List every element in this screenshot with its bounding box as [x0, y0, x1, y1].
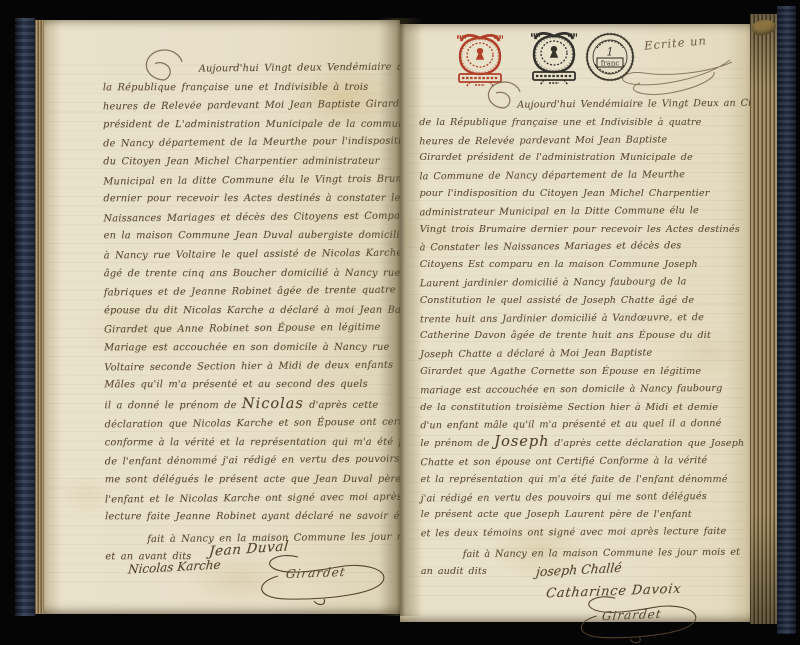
manuscript-line: l'enfant et le Nicolas Karche ont signé …: [105, 488, 401, 509]
line-text: d'après cette: [304, 399, 379, 410]
officer-signature: Girardet: [560, 586, 710, 645]
page-edge-stack-left: [35, 20, 44, 614]
flourish-paraph: [314, 599, 325, 605]
manuscript-line: Girardet que Agathe Cornette son Épouse …: [420, 363, 742, 381]
line-text: le prénom de: [420, 438, 494, 449]
manuscript-line: me sont délégués le présent acte que Jea…: [105, 471, 401, 490]
page-edge-stack-right: [750, 14, 777, 624]
manuscript-lines: Aujourd'hui Vingt deux Vendémiaire an Ci…: [103, 59, 401, 395]
manuscript-line: Aujourd'hui Vendémiaire le Vingt Deux an…: [419, 95, 741, 115]
officer-name: Girardet: [601, 607, 663, 623]
manuscript-line: Citoyens Est comparu en la maison Commun…: [420, 256, 742, 274]
manuscript-line: Girardet président de l'administration M…: [419, 149, 741, 167]
manuscript-line: Naissances Mariages et décès des Citoyen…: [103, 207, 399, 228]
flourish-stroke: [623, 60, 732, 85]
line-text: il a donné le prénom de: [104, 400, 241, 411]
manuscript-line: âgé de trente cinq ans Boucher domicilié…: [104, 264, 400, 283]
manuscript-line: fabriques et de Jeanne Robinet âgée de t…: [104, 282, 400, 303]
manuscript-line: Constitution le quel assisté de Joseph C…: [420, 292, 742, 310]
manuscript-line: Aujourd'hui Vingt deux Vendémiaire an Ci…: [103, 59, 399, 80]
manuscript-line: Mariage est accouchée en son domicile à …: [104, 339, 400, 358]
left-page: Aujourd'hui Vingt deux Vendémiaire an Ci…: [44, 20, 400, 614]
manuscript-line: de l'enfant dénommé j'ai rédigé en vertu…: [105, 451, 401, 472]
officer-name: Girardet: [285, 565, 347, 581]
book-spine: [15, 18, 35, 616]
manuscript-line: mariage est accouchée en son domicile à …: [420, 379, 742, 399]
manuscript-line: à Nancy rue Voltaire le quel assisté de …: [104, 245, 400, 266]
manuscript-line: à Constater les Naissances Mariages et d…: [420, 237, 742, 257]
manuscript-line-with-name: le prénom de Joseph d'après cette déclar…: [420, 434, 742, 453]
manuscript-line: Joseph Chatte a déclaré à Moi Jean Bapti…: [420, 344, 742, 364]
manuscript-line: le présent acte que Joseph Laurent père …: [421, 506, 743, 524]
manuscript-line: de la constitution troisième Section hie…: [420, 399, 742, 417]
manuscript-line: heures de Relevée pardevant Moi Jean Bap…: [419, 130, 741, 150]
register-book-photo: Aujourd'hui Vingt deux Vendémiaire an Ci…: [0, 0, 800, 645]
flourish-paraph: [630, 638, 640, 643]
child-name: Joseph: [494, 434, 549, 450]
manuscript-line: conforme à la vérité et la représentatio…: [105, 434, 401, 453]
line-text: d'après cette déclaration que Joseph: [549, 438, 744, 449]
left-page-text: Aujourd'hui Vingt deux Vendémiaire an Ci…: [103, 59, 402, 568]
manuscript-line: Chatte et son épouse ont Certifié Confor…: [420, 452, 742, 472]
manuscript-line: Voltaire seconde Section hier à Midi de …: [104, 356, 400, 377]
manuscript-line: déclaration que Nicolas Karche et son Ép…: [104, 414, 400, 435]
manuscript-line: du Citoyen Jean Michel Charpentier admin…: [103, 153, 399, 172]
manuscript-line: de la République française une et Indivi…: [419, 114, 741, 132]
manuscript-line: administrateur Municipal en la Ditte Com…: [419, 202, 741, 222]
manuscript-line: épouse du dit Nicolas Karche a déclaré à…: [104, 301, 400, 320]
manuscript-line: Laurent jardinier domicilié à Nancy faub…: [420, 273, 742, 293]
manuscript-line: heures de Relevée pardevant Moi Jean Bap…: [103, 96, 399, 117]
manuscript-line-with-name: il a donné le prénom de Nicolas d'après …: [104, 394, 400, 415]
manuscript-line: la Commune de Nancy département de la Me…: [419, 166, 741, 186]
manuscript-line: Municipal en la ditte Commune élu le Vin…: [103, 170, 399, 191]
manuscript-line: et les deux témoins ont signé avec moi a…: [421, 523, 743, 543]
manuscript-line: lecture faite Jeanne Robinet ayant décla…: [105, 508, 401, 527]
manuscript-line: trente huit ans Jardinier domicilié à Va…: [420, 308, 742, 328]
right-page: 1 franc Ecrite un Aujourd'hui Vendémiair…: [400, 24, 750, 622]
manuscript-line: dernier pour recevoir les Actes destinés…: [103, 190, 399, 209]
manuscript-line: Vingt trois Brumaire dernier pour recevo…: [420, 221, 742, 239]
manuscript-lines: Aujourd'hui Vendémiaire le Vingt Deux an…: [419, 95, 742, 434]
manuscript-lines: déclaration que Nicolas Karche et son Ép…: [105, 415, 402, 528]
manuscript-line: d'un enfant mâle qu'il m'a présenté et a…: [420, 415, 742, 435]
annotation-flourish: [610, 56, 736, 98]
manuscript-line: Mâles qu'il m'a présenté et au second de…: [104, 376, 400, 395]
manuscript-line: président de L'administration Municipale…: [103, 116, 399, 135]
child-name: Nicolas: [242, 396, 304, 412]
flourish-stroke: [633, 72, 714, 95]
manuscript-line: et la représentation qui m'a été faite d…: [420, 471, 742, 489]
manuscript-line: Girardet que Anne Robinet son Épouse en …: [104, 319, 400, 340]
manuscript-line: Catherine Davon âgée de trente huit ans …: [420, 327, 742, 345]
stamp-artwork: [531, 33, 577, 85]
manuscript-line: pour l'indisposition du Citoyen Jean Mic…: [419, 185, 741, 203]
black-crest-stamp: [528, 27, 580, 87]
manuscript-line: la République française une et Indivisib…: [103, 78, 399, 97]
manuscript-lines: Chatte et son épouse ont Certifié Confor…: [420, 452, 742, 542]
officer-signature: Girardet: [244, 544, 394, 608]
right-page-text: Aujourd'hui Vendémiaire le Vingt Deux an…: [419, 95, 743, 581]
book-cover-right: [777, 6, 796, 634]
manuscript-line: en la maison Commune Jean Duval aubergis…: [104, 227, 400, 246]
manuscript-line: de Nancy département de la Meurthe pour …: [103, 133, 399, 154]
manuscript-line: j'ai rédigé en vertu des pouvoirs qui me…: [420, 487, 742, 507]
page-annotation: Ecrite un: [644, 33, 708, 52]
